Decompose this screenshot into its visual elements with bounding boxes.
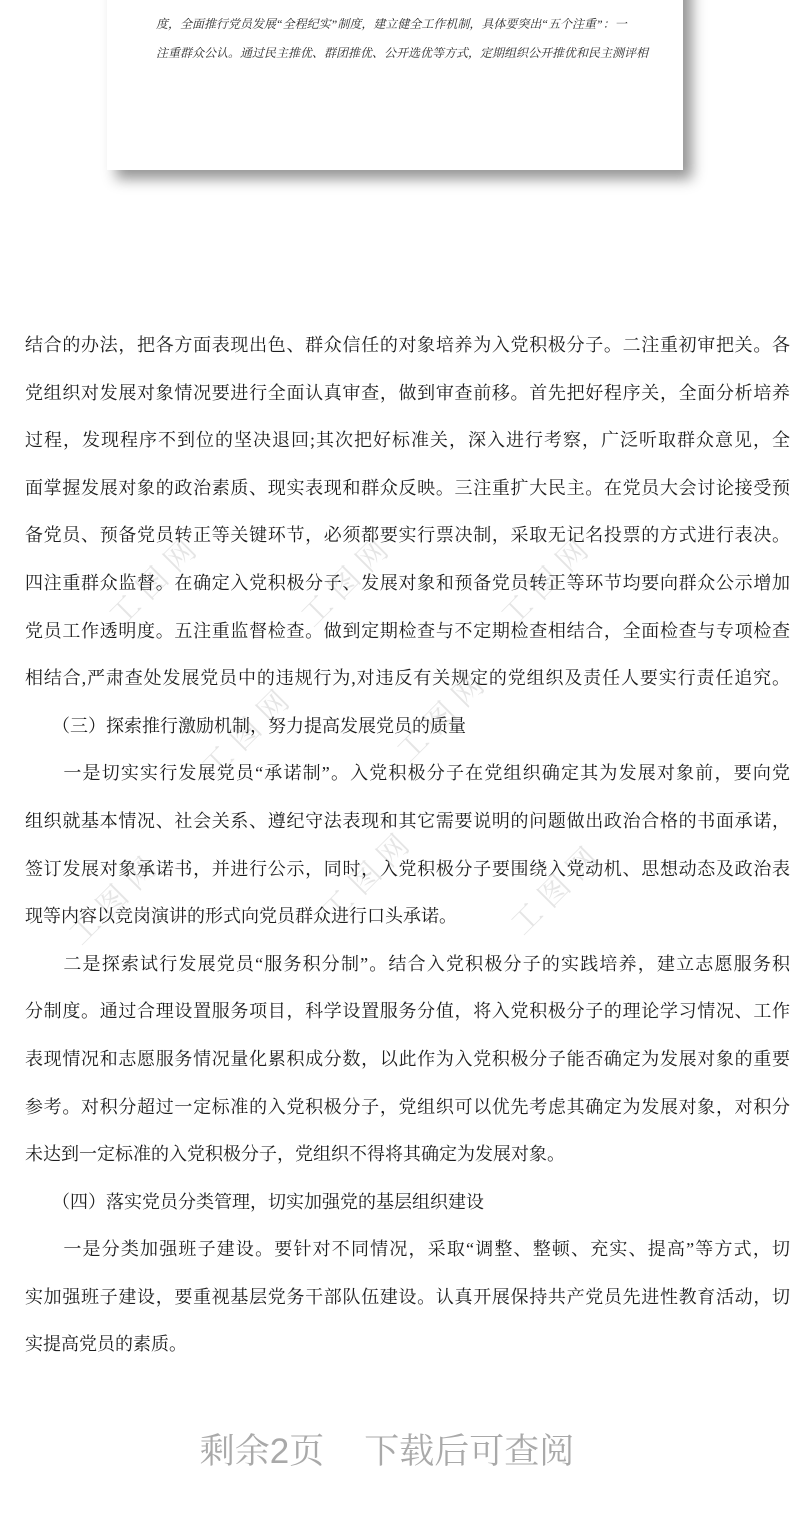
document-text-line: 二是探索试行发展党员“服务积分制”。结合入党积极分子的实践培养，建立志愿服务积 — [25, 941, 790, 989]
document-text-line: 党组织对发展对象情况要进行全面认真审查，做到审查前移。首先把好程序关，全面分析培… — [25, 370, 790, 418]
document-text-line: 过程，发现程序不到位的坚决退回;其次把好标准关，深入进行考察，广泛听取群众意见，… — [25, 417, 790, 465]
document-text-line: 签订发展对象承诺书，并进行公示，同时，入党积极分子要围绕入党动机、思想动态及政治… — [25, 846, 790, 894]
previous-page-preview: 度，全面推行党员发展“全程纪实”制度，建立健全工作机制，具体要突出“五个注重”：… — [107, 0, 683, 170]
document-text-line: 结合的办法，把各方面表现出色、群众信任的对象培养为入党积极分子。二注重初审把关。… — [25, 322, 790, 370]
document-text-line: 一是切实实行发展党员“承诺制”。入党积极分子在党组织确定其为发展对象前，要向党 — [25, 750, 790, 798]
document-text-line: 党员工作透明度。五注重监督检查。做到定期检查与不定期检查相结合，全面检查与专项检… — [25, 608, 790, 656]
document-text-line: 备党员、预备党员转正等关键环节，必须都要实行票决制，采取无记名投票的方式进行表决… — [25, 512, 790, 560]
document-text-line: 四注重群众监督。在确定入党积极分子、发展对象和预备党员转正等环节均要向群众公示增… — [25, 560, 790, 608]
document-text-line: 分制度。通过合理设置服务项目，科学设置服务分值，将入党积极分子的理论学习情况、工… — [25, 988, 790, 1036]
document-text-line: 表现情况和志愿服务情况量化累积成分数，以此作为入党积极分子能否确定为发展对象的重… — [25, 1036, 790, 1084]
preview-text-line: 度，全面推行党员发展“全程纪实”制度，建立健全工作机制，具体要突出“五个注重”：… — [156, 10, 649, 39]
document-text-line: 一是分类加强班子建设。要针对不同情况，采取“调整、整顿、充实、提高”等方式，切 — [25, 1226, 790, 1274]
document-text-line: 现等内容以竞岗演讲的形式向党员群众进行口头承诺。 — [25, 893, 790, 941]
document-text-line: 相结合,严肃查处发展党员中的违规行为,对违反有关规定的党组织及责任人要实行责任追… — [25, 655, 790, 703]
document-text-line: 参考。对积分超过一定标准的入党积极分子，党组织可以优先考虑其确定为发展对象，对积… — [25, 1084, 790, 1132]
document-text-line: 面掌握发展对象的政治素质、现实表现和群众反映。三注重扩大民主。在党员大会讨论接受… — [25, 465, 790, 513]
document-body: 结合的办法，把各方面表现出色、群众信任的对象培养为入党积极分子。二注重初审把关。… — [25, 322, 790, 1369]
document-text-line: 实加强班子建设，要重视基层党务干部队伍建设。认真开展保持共产党员先进性教育活动，… — [25, 1274, 790, 1322]
document-text-line: （四）落实党员分类管理，切实加强党的基层组织建设 — [25, 1179, 790, 1227]
download-to-view-hint: 下载后可查阅 — [364, 1424, 574, 1474]
document-text-line: 未达到一定标准的入党积极分子，党组织不得将其确定为发展对象。 — [25, 1131, 790, 1179]
document-text-line: 组织就基本情况、社会关系、遵纪守法表现和其它需要说明的问题做出政治合格的书面承诺… — [25, 798, 790, 846]
preview-text-line: 注重群众公认。通过民主推优、群团推优、公开选优等方式，定期组织公开推优和民主测评… — [156, 39, 649, 68]
remaining-pages-banner: 剩余2页 下载后可查阅 — [0, 1424, 787, 1474]
document-text-line: 实提高党员的素质。 — [25, 1321, 790, 1369]
remaining-pages-count: 剩余2页 — [200, 1424, 324, 1474]
document-preview-page: 工图网工图网工图网工图网工图网工图网工图网工图网 度，全面推行党员发展“全程纪实… — [0, 0, 800, 1528]
document-text-line: （三）探索推行激励机制，努力提高发展党员的质量 — [25, 703, 790, 751]
